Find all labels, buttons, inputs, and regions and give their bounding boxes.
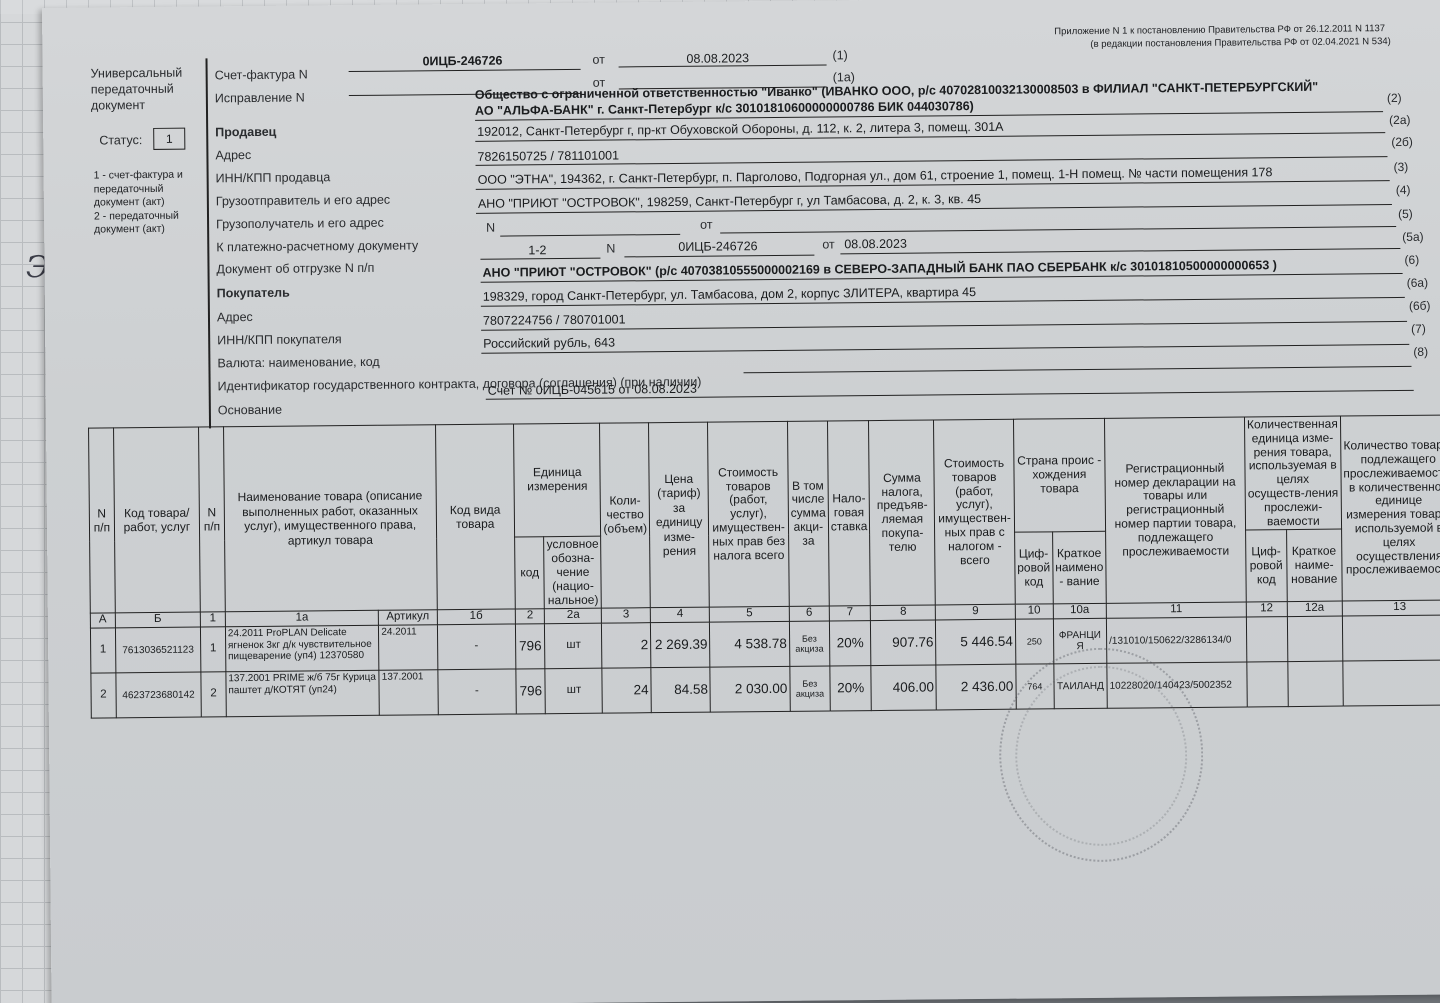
cell-unit-code: 796 [516, 669, 546, 714]
cell-country-code: 250 [1015, 619, 1053, 664]
cell-name: 24.2011 ProPLAN Delicate ягненок 3кг д/к… [225, 626, 379, 672]
th-country-code: Циф-ровой код [1014, 532, 1053, 604]
col-num: 5 [710, 607, 790, 623]
consignee-label: Грузополучатель и его адрес [216, 216, 384, 232]
cell-excise: Без акциза [790, 666, 830, 711]
col-num: 2 [515, 609, 545, 624]
invoice-sheet: Приложение N 1 к постановлению Правитель… [42, 0, 1440, 1003]
th-trace-unit: Количественная единица изме-рения товара… [1244, 416, 1341, 530]
cell-total: 5 446.54 [936, 620, 1016, 666]
cell-article: 137.2001 [379, 670, 438, 716]
th-trace-code: Циф-ровой код [1245, 530, 1287, 602]
seller-code: (2) [1387, 91, 1402, 105]
correction-label: Исправление N [215, 90, 305, 105]
shipment-doc-label: Документ об отгрузке N п/п [216, 261, 374, 277]
table-header-row: N п/п Код товара/ работ, услуг N п/п Наи… [89, 415, 1440, 541]
buyer-address-code: (6а) [1407, 276, 1428, 290]
cell-name: 137.2001 PRIME ж/б 75г Курица паштет д/К… [226, 671, 380, 717]
th-qty: Коли-чество (объем) [600, 423, 650, 609]
doc-type-line: документ [91, 97, 183, 114]
col-num: 13 [1342, 600, 1440, 616]
contract-id-code: (8) [1413, 345, 1428, 359]
cell-unit-name: шт [545, 669, 602, 715]
cell-tax: 406.00 [871, 665, 936, 711]
cell-n2: 1 [201, 627, 226, 672]
status-label: Статус: [99, 133, 142, 147]
th-trace-name: Краткое наиме-нование [1286, 529, 1342, 602]
doc-type: Универсальный передаточный документ [91, 65, 183, 114]
th-country-name: Краткое наимено - вание [1052, 532, 1106, 604]
cell-n2: 2 [201, 672, 226, 717]
currency-value[interactable]: Российский рубль, 643 [483, 336, 615, 351]
cell-excise: Без акциза [789, 621, 829, 666]
correction-code: (1а) [833, 70, 855, 84]
basis-label: Основание [218, 403, 282, 418]
th-trace-qty: Количество товара, подлежащего прослежив… [1340, 415, 1440, 601]
status-legend-line: 2 - передаточный [94, 209, 183, 223]
col-num: 1 [200, 612, 225, 627]
th-rate: Нало-говая ставка [827, 421, 870, 607]
underline [840, 248, 1400, 254]
status-value: 1 [153, 128, 185, 150]
th-excise: В том числе сумма акци-за [787, 421, 829, 607]
cell-n: 1 [90, 628, 115, 673]
col-num: 4 [650, 607, 710, 623]
cell-qty: 24 [602, 668, 651, 713]
buyer-code: (6) [1404, 253, 1419, 267]
buyer-inn-label: ИНН/КПП покупателя [217, 332, 342, 347]
col-num: 10 [1015, 604, 1053, 619]
cell-article: 24.2011 [379, 625, 438, 671]
th-cost: Стоимость товаров (работ, услуг), имущес… [708, 421, 789, 607]
underline [481, 344, 1409, 354]
underline [624, 255, 814, 258]
divider [205, 58, 211, 428]
cell-unit-code: 796 [515, 624, 545, 669]
buyer-value[interactable]: АНО "ПРИЮТ "ОСТРОВОК" (р/с 4070381055500… [482, 258, 1276, 280]
col-num: А [90, 613, 115, 628]
col-article-label: Артикул [379, 610, 437, 626]
shipment-doc-code: (5а) [1402, 230, 1423, 244]
buyer-label: Покупатель [217, 286, 290, 301]
th-name: Наименование товара (описание выполненны… [223, 425, 436, 612]
buyer-inn-code: (6б) [1409, 299, 1431, 313]
th-country: Страна проис - хождения товара [1013, 418, 1105, 532]
underline [500, 234, 680, 237]
status-legend-line: 1 - счет-фактура и [94, 169, 183, 183]
th-unit-name: условное обозна-чение (нацио-нальное) [544, 537, 602, 610]
consignee-code: (4) [1396, 183, 1411, 197]
shipment-doc-number[interactable]: 0ИЦБ-246726 [678, 239, 757, 254]
cell-price: 84.58 [651, 667, 711, 713]
th-unit-code: код [515, 537, 545, 609]
seller-label: Продавец [215, 125, 276, 140]
cell-cost: 2 030.00 [710, 667, 790, 713]
status-legend-line: документ (акт) [94, 223, 183, 237]
buyer-address-label: Адрес [217, 310, 253, 324]
col-num: Б [115, 612, 200, 628]
underline [744, 366, 1412, 373]
payment-doc-code: (5) [1398, 207, 1413, 221]
col-num: 1б [437, 609, 516, 625]
payment-doc-n-label: N [486, 221, 495, 235]
status-legend-line: документ (акт) [94, 196, 183, 210]
th-price: Цена (тариф) за единицу изме-рения [649, 422, 710, 608]
cell-trace-code [1246, 617, 1287, 662]
th-n: N п/п [89, 428, 116, 614]
cell-code: 4623723680142 [116, 672, 202, 718]
th-kind: Код вида товара [435, 424, 515, 610]
invoice-from-label: от [592, 53, 605, 67]
invoice-date[interactable]: 08.08.2023 [686, 51, 749, 66]
th-code: Код товара/ работ, услуг [113, 427, 200, 613]
cell-trace-qty [1343, 660, 1440, 706]
cell-kind: - [437, 669, 516, 715]
invoice-code: (1) [832, 48, 847, 62]
col-num: 1а [225, 611, 379, 627]
col-num: 11 [1106, 602, 1246, 618]
col-num: 12 [1246, 602, 1287, 617]
buyer-inn-value[interactable]: 7807224756 / 780701001 [483, 312, 626, 327]
status-legend-line: передаточный [94, 182, 183, 196]
regulation-note-2: (в редакции постановления Правительства … [1090, 36, 1390, 50]
doc-type-line: Универсальный [91, 65, 183, 82]
th-unit: Единица измерения [514, 423, 602, 537]
underline [720, 226, 1396, 233]
underline [480, 258, 600, 260]
seller-inn-code: (2б) [1391, 135, 1413, 149]
underline [349, 69, 581, 72]
th-n2: N п/п [199, 427, 226, 613]
th-reg: Регистрационный номер декларации на това… [1104, 417, 1246, 604]
consignor-code: (3) [1394, 160, 1409, 174]
col-num: 7 [829, 606, 871, 621]
col-num: 12а [1287, 601, 1342, 617]
shipment-doc-n-label: N [606, 242, 615, 256]
col-num: 2а [545, 609, 602, 625]
shipment-doc-range[interactable]: 1-2 [528, 243, 546, 257]
seller-inn-value[interactable]: 7826150725 / 781101001 [477, 148, 619, 163]
cell-trace-name [1288, 661, 1343, 707]
consignor-value[interactable]: ООО "ЭТНА", 194362, г. Санкт-Петербург, … [478, 165, 1273, 187]
cell-trace-qty [1342, 615, 1440, 661]
cell-code: 7613036521123 [115, 627, 201, 673]
shipment-doc-from-label: от [822, 237, 835, 251]
payment-doc-from-label: от [700, 218, 713, 232]
seller-inn-label: ИНН/КПП продавца [216, 170, 331, 185]
cell-n: 2 [91, 673, 116, 718]
th-total: Стоимость товаров (работ, услуг), имущес… [934, 419, 1015, 605]
payment-doc-label: К платежно-расчетному документу [216, 238, 418, 254]
cell-total: 2 436.00 [936, 665, 1016, 711]
doc-type-line: передаточный [91, 81, 183, 98]
cell-kind: - [437, 624, 516, 670]
th-tax: Сумма налога, предъяв-ляемая покупа-телю [869, 420, 936, 606]
faint-stamp-inner [1014, 665, 1188, 847]
cell-cost: 4 538.78 [710, 622, 790, 668]
cell-price: 2 269.39 [650, 622, 710, 668]
seller-address-label: Адрес [215, 148, 251, 162]
seller-address-code: (2а) [1389, 113, 1410, 127]
col-num: 6 [789, 606, 829, 621]
cell-rate: 20% [829, 621, 871, 666]
consignor-label: Грузоотправитель и его адрес [216, 193, 390, 209]
cell-tax: 907.76 [871, 620, 936, 666]
currency-label: Валюта: наименование, код [217, 355, 379, 371]
regulation-note-1: Приложение N 1 к постановлению Правитель… [1054, 23, 1385, 37]
status-legend: 1 - счет-фактура и передаточный документ… [94, 169, 184, 237]
cell-rate: 20% [830, 666, 872, 711]
col-num: 8 [871, 605, 936, 621]
col-num: 3 [602, 608, 651, 623]
cell-trace-name [1287, 616, 1342, 662]
currency-code: (7) [1411, 322, 1426, 336]
invoice-number[interactable]: 0ИЦБ-246726 [422, 54, 502, 69]
col-num: 9 [936, 605, 1016, 621]
shipment-doc-date[interactable]: 08.08.2023 [844, 237, 907, 252]
goods-table: N п/п Код товара/ работ, услуг N п/п Наи… [88, 414, 1440, 718]
invoice-label: Счет-фактура N [215, 67, 308, 82]
cell-qty: 2 [602, 623, 651, 668]
basis-value[interactable]: Счет № 0ИЦБ-045615 от 08.08.2023 [488, 382, 697, 398]
cell-trace-code [1247, 662, 1288, 707]
col-num: 10а [1053, 604, 1106, 620]
cell-unit-name: шт [545, 624, 602, 670]
underline [619, 64, 827, 67]
